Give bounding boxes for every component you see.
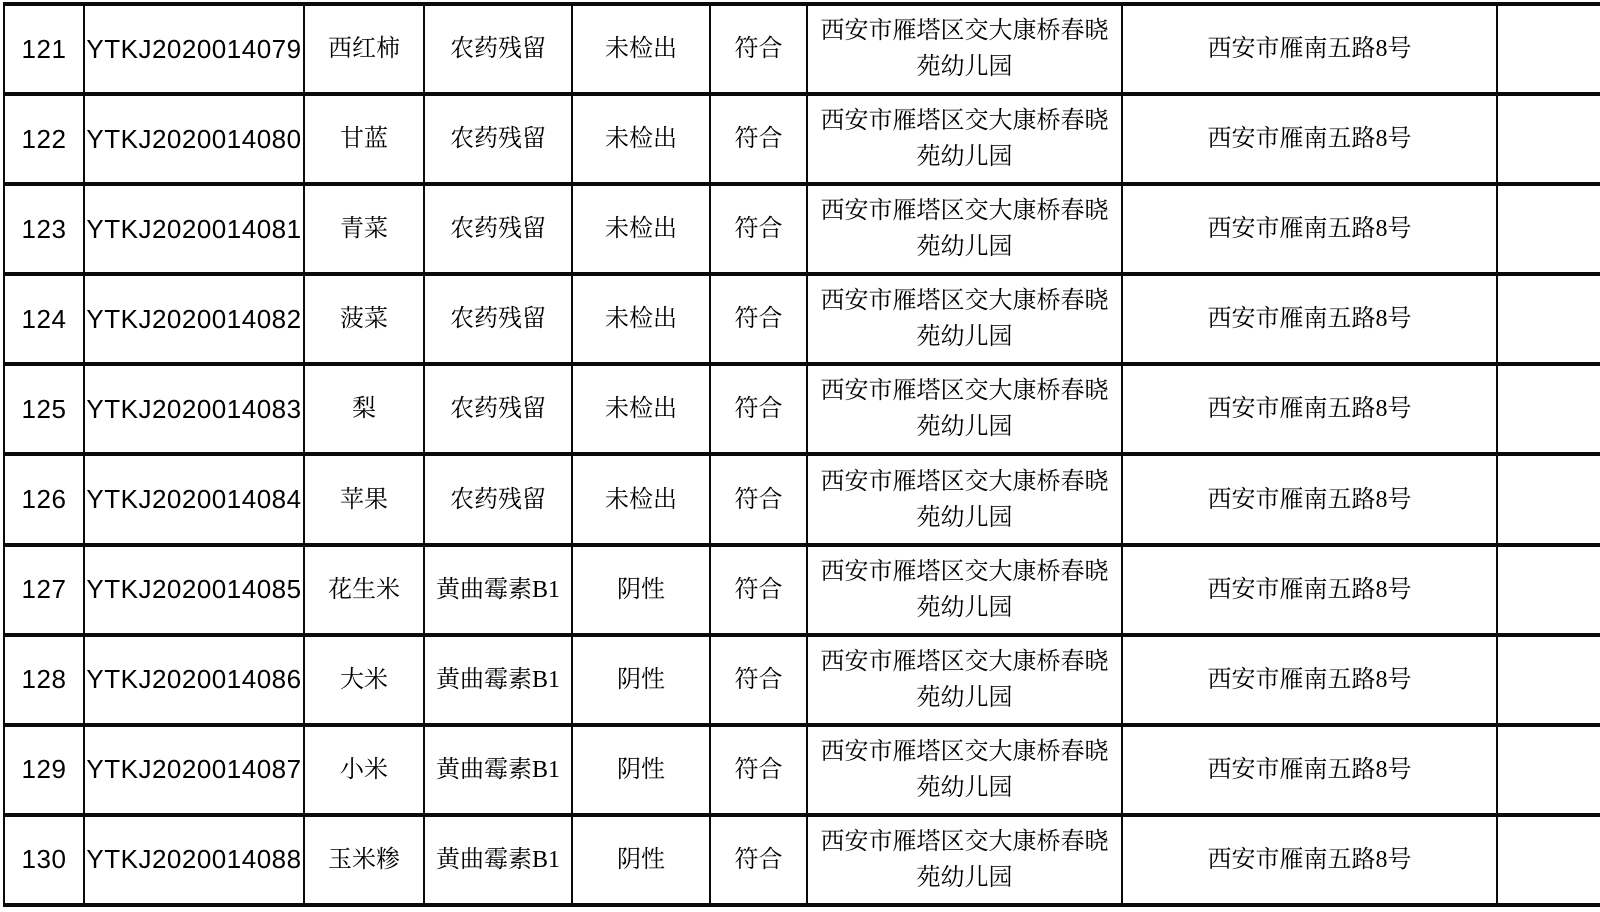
cell-sample-id: YTKJ2020014083 xyxy=(85,366,305,456)
cell-sample-name: 菠菜 xyxy=(305,276,425,366)
cell-conclusion: 符合 xyxy=(711,366,808,456)
cell-remark xyxy=(1498,6,1600,96)
cell-test-item: 黄曲霉素B1 xyxy=(425,727,573,817)
cell-sample-id: YTKJ2020014080 xyxy=(85,96,305,186)
cell-test-result: 未检出 xyxy=(573,456,711,546)
cell-remark xyxy=(1498,186,1600,276)
cell-sampled-unit: 西安市雁塔区交大康桥春晓苑幼儿园 xyxy=(808,276,1123,366)
cell-sampled-unit: 西安市雁塔区交大康桥春晓苑幼儿园 xyxy=(808,186,1123,276)
cell-sample-name: 玉米糁 xyxy=(305,817,425,907)
cell-conclusion: 符合 xyxy=(711,6,808,96)
cell-sample-id: YTKJ2020014085 xyxy=(85,547,305,637)
cell-sampled-unit: 西安市雁塔区交大康桥春晓苑幼儿园 xyxy=(808,817,1123,907)
cell-sampled-unit: 西安市雁塔区交大康桥春晓苑幼儿园 xyxy=(808,96,1123,186)
cell-sampled-unit: 西安市雁塔区交大康桥春晓苑幼儿园 xyxy=(808,6,1123,96)
cell-serial-number: 126 xyxy=(5,456,85,546)
cell-serial-number: 123 xyxy=(5,186,85,276)
cell-test-item: 农药残留 xyxy=(425,456,573,546)
cell-test-result: 未检出 xyxy=(573,366,711,456)
cell-address: 西安市雁南五路8号 xyxy=(1123,727,1498,817)
cell-sample-name: 花生米 xyxy=(305,547,425,637)
cell-test-result: 未检出 xyxy=(573,276,711,366)
cell-conclusion: 符合 xyxy=(711,456,808,546)
cell-sample-name: 苹果 xyxy=(305,456,425,546)
cell-sample-name: 甘蓝 xyxy=(305,96,425,186)
cell-remark xyxy=(1498,637,1600,727)
cell-sample-name: 小米 xyxy=(305,727,425,817)
cell-test-item: 农药残留 xyxy=(425,186,573,276)
cell-remark xyxy=(1498,817,1600,907)
inspection-records-table: 121YTKJ2020014079西红柿农药残留未检出符合西安市雁塔区交大康桥春… xyxy=(3,2,1600,907)
cell-remark xyxy=(1498,727,1600,817)
cell-test-result: 未检出 xyxy=(573,96,711,186)
cell-test-item: 黄曲霉素B1 xyxy=(425,817,573,907)
cell-serial-number: 129 xyxy=(5,727,85,817)
cell-test-item: 农药残留 xyxy=(425,96,573,186)
cell-test-item: 农药残留 xyxy=(425,276,573,366)
cell-remark xyxy=(1498,547,1600,637)
cell-sample-id: YTKJ2020014082 xyxy=(85,276,305,366)
cell-address: 西安市雁南五路8号 xyxy=(1123,456,1498,546)
cell-conclusion: 符合 xyxy=(711,547,808,637)
cell-conclusion: 符合 xyxy=(711,727,808,817)
cell-address: 西安市雁南五路8号 xyxy=(1123,637,1498,727)
cell-serial-number: 125 xyxy=(5,366,85,456)
cell-address: 西安市雁南五路8号 xyxy=(1123,6,1498,96)
cell-conclusion: 符合 xyxy=(711,276,808,366)
cell-sample-id: YTKJ2020014088 xyxy=(85,817,305,907)
cell-conclusion: 符合 xyxy=(711,637,808,727)
cell-serial-number: 121 xyxy=(5,6,85,96)
cell-test-item: 黄曲霉素B1 xyxy=(425,637,573,727)
cell-test-result: 阴性 xyxy=(573,817,711,907)
cell-serial-number: 124 xyxy=(5,276,85,366)
cell-test-result: 未检出 xyxy=(573,6,711,96)
cell-sampled-unit: 西安市雁塔区交大康桥春晓苑幼儿园 xyxy=(808,456,1123,546)
cell-address: 西安市雁南五路8号 xyxy=(1123,366,1498,456)
cell-address: 西安市雁南五路8号 xyxy=(1123,186,1498,276)
cell-test-item: 农药残留 xyxy=(425,366,573,456)
cell-sampled-unit: 西安市雁塔区交大康桥春晓苑幼儿园 xyxy=(808,366,1123,456)
cell-serial-number: 122 xyxy=(5,96,85,186)
cell-sampled-unit: 西安市雁塔区交大康桥春晓苑幼儿园 xyxy=(808,727,1123,817)
cell-sampled-unit: 西安市雁塔区交大康桥春晓苑幼儿园 xyxy=(808,547,1123,637)
cell-test-result: 阴性 xyxy=(573,547,711,637)
cell-address: 西安市雁南五路8号 xyxy=(1123,817,1498,907)
cell-conclusion: 符合 xyxy=(711,186,808,276)
cell-test-item: 黄曲霉素B1 xyxy=(425,547,573,637)
cell-serial-number: 128 xyxy=(5,637,85,727)
cell-remark xyxy=(1498,96,1600,186)
cell-remark xyxy=(1498,276,1600,366)
cell-remark xyxy=(1498,366,1600,456)
cell-remark xyxy=(1498,456,1600,546)
cell-sample-id: YTKJ2020014081 xyxy=(85,186,305,276)
cell-address: 西安市雁南五路8号 xyxy=(1123,547,1498,637)
cell-sample-name: 大米 xyxy=(305,637,425,727)
cell-sample-name: 青菜 xyxy=(305,186,425,276)
cell-sample-name: 西红柿 xyxy=(305,6,425,96)
cell-sample-name: 梨 xyxy=(305,366,425,456)
cell-sampled-unit: 西安市雁塔区交大康桥春晓苑幼儿园 xyxy=(808,637,1123,727)
cell-sample-id: YTKJ2020014079 xyxy=(85,6,305,96)
cell-test-result: 阴性 xyxy=(573,637,711,727)
cell-sample-id: YTKJ2020014087 xyxy=(85,727,305,817)
cell-serial-number: 130 xyxy=(5,817,85,907)
cell-sample-id: YTKJ2020014084 xyxy=(85,456,305,546)
cell-test-item: 农药残留 xyxy=(425,6,573,96)
cell-test-result: 未检出 xyxy=(573,186,711,276)
cell-conclusion: 符合 xyxy=(711,817,808,907)
cell-serial-number: 127 xyxy=(5,547,85,637)
cell-test-result: 阴性 xyxy=(573,727,711,817)
document-page: 121YTKJ2020014079西红柿农药残留未检出符合西安市雁塔区交大康桥春… xyxy=(0,0,1600,912)
cell-address: 西安市雁南五路8号 xyxy=(1123,96,1498,186)
cell-sample-id: YTKJ2020014086 xyxy=(85,637,305,727)
cell-address: 西安市雁南五路8号 xyxy=(1123,276,1498,366)
cell-conclusion: 符合 xyxy=(711,96,808,186)
